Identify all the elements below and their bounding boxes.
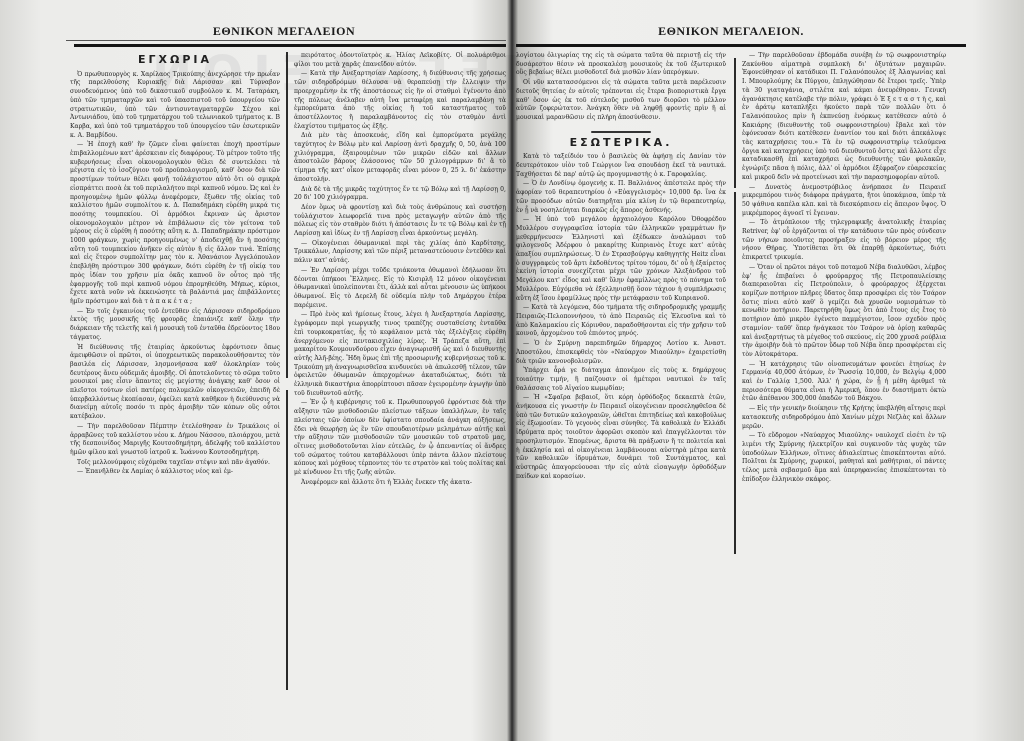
article-paragraph: — Ἡ κατάχρησις τῶν οἰνοπνευμάτων φονεύει… — [742, 361, 946, 405]
article-paragraph: Τοῖς μελλονύμφοις εὐχόμεθα ταχεῖαν στέψι… — [70, 459, 280, 468]
article-paragraph: — Ἐπανῆλθεν ἐκ Λαμίας ὁ κάλλιστος νέος κ… — [70, 468, 280, 477]
article-paragraph: λογίστου ὀλιγωρίας της εἰς τὰ σώματα ταῦ… — [516, 52, 726, 78]
column-rule — [286, 52, 288, 378]
left-column-1: ΕΓΧΩΡΙΑ Ὁ πρωθυπουργὸς κ. Χαρίλαος Τρικο… — [70, 52, 280, 478]
right-column-2: — Τὴν παρελθοῦσαν ἑβδομάδα συνέβη ἐν τῷ … — [742, 52, 946, 485]
article-paragraph: — Εἰς τὴν γενικὴν διοίκησιν τῆς Κρήτης ὑ… — [742, 405, 946, 431]
article-paragraph: — Τὴν παρελθοῦσαν Πέμπτην ἐτελέσθησαν ἐν… — [70, 423, 280, 458]
article-paragraph: — Ἡ ὑπὸ τοῦ μεγάλου ἀρχαιολόγου Καρόλου … — [516, 216, 726, 303]
article-paragraph: — Τὴν παρελθοῦσαν ἑβδομάδα συνέβη ἐν τῷ … — [742, 52, 946, 183]
article-paragraph: Οἱ νῦν κατατασσόμενοι εἰς τὰ σώματα ταῦτ… — [516, 79, 726, 123]
article-paragraph: — Ἐν Λαρίσσῃ μέχρι τοῦδε τριάκοντα ὀθωμα… — [294, 267, 506, 311]
running-head-right: ΕΘΝΙΚΟΝ ΜΕΓΑΛΕΙΟΝ. — [516, 24, 946, 39]
header-rule-thin — [66, 40, 506, 41]
running-head-left: ΕΘΝΙΚΟΝ ΜΕΓΑΛΕΙΟΝ — [62, 24, 506, 39]
article-paragraph: Ὁ πρωθυπουργὸς κ. Χαρίλαος Τρικούπης ἀνε… — [70, 71, 280, 141]
article-paragraph: — Τὸ εὔδρομον «Ναύαρχος Μιαούλης» ναυλοχ… — [742, 432, 946, 484]
article-paragraph: — Ὁ ἐν Σμύρνῃ παρεπιδημῶν δήμαρχος Λοτίο… — [516, 340, 726, 366]
article-paragraph: — Οἰκογένειαι ὀθωμανικαὶ περὶ τὰς χιλίας… — [294, 240, 506, 266]
article-paragraph: — Ἐν ᾧ ἡ κυβέρνησις τοῦ κ. Πρωθυπουργοῦ … — [294, 399, 506, 477]
article-paragraph: Διὰ μὲν τὰς ἀποσκευάς, εἴδη καὶ ἐμπορεύμ… — [294, 132, 506, 184]
column-rule — [734, 192, 736, 554]
article-paragraph: Διὰ δὲ τὰ τῆς μικρᾶς ταχύτητος ἔν τε τῷ … — [294, 186, 506, 203]
article-paragraph: Ἡ διεύθυνσις τῆς ἑταιρίας ἀρκούντως ἐφρό… — [70, 344, 280, 422]
right-column-1: λογίστου ὀλιγωρίας της εἰς τὰ σώματα ταῦ… — [516, 52, 726, 482]
article-paragraph: Δέον ὅμως νὰ φροντίσῃ καὶ διὰ τοὺς ἀνθρώ… — [294, 204, 506, 239]
article-paragraph: — Πρὸ ἑνὸς καὶ ἡμίσεως ἔτους, λέγει ἡ Ἀν… — [294, 311, 506, 398]
article-paragraph: — Ἐν τοῖς ἐγκαινίοις τοῦ ἐντεῦθεν εἰς Λά… — [70, 308, 280, 343]
right-page: ΕΘΝΙΚΟΝ ΜΕΓΑΛΕΙΟΝ. λογίστου ὀλιγωρίας τη… — [516, 0, 946, 741]
header-rule-thick — [516, 44, 966, 47]
article-paragraph: πειρότατος ὀδοντοϊατρὸς κ. Ἠλίας Λεϊκοβί… — [294, 52, 506, 69]
left-column-2: πειρότατος ὀδοντοϊατρὸς κ. Ἠλίας Λεϊκοβί… — [294, 52, 506, 488]
section-title-egchoria: ΕΓΧΩΡΙΑ — [70, 56, 280, 65]
article-paragraph: — Κατὰ τὴν Ἀνεξαρτησίαν Λαρίσσης, ἡ διεύ… — [294, 70, 506, 131]
article-paragraph: Ὑπάρχει ἆρά γε διάταγμα ἀπονέμον εἰς τοὺ… — [516, 367, 726, 393]
article-paragraph: — Τὸ ἀτμόπλοιον τῆς τηλεγραφικῆς ἀνατολι… — [742, 219, 946, 263]
section-divider — [591, 131, 651, 133]
article-paragraph: — Ὁ ἐν Λονδίνῳ ὁμογενὴς κ. Π. Βαλλιάνος … — [516, 180, 726, 215]
column-rule — [734, 58, 736, 188]
header-rule-thick — [74, 44, 506, 47]
article-paragraph: — Δυνατὸς ἀνεμοστρόβιλος ἀνήρπασε ἐν Πει… — [742, 184, 946, 219]
article-paragraph: — Ἡ ἐποχὴ καθ' ἣν ζῶμεν εἶναι φαίνεται ἐ… — [70, 141, 280, 306]
article-paragraph: — Ὅταν οἱ πρῶτοι πάγοι τοῦ ποταμοῦ Νέβα … — [742, 264, 946, 360]
article-paragraph: Ἀνεφέρομεν καὶ ἄλλοτε ὅτι ἡ Ἑλλὰς ἕνεκεν… — [294, 479, 506, 488]
article-paragraph: — Κατὰ τὰ λεγόμενα, δύο τμήματα τῆς σιδη… — [516, 304, 726, 339]
left-page: ΜΕΓΑΛΕΙΟΝ ΕΘΝΙΚΟΝ ΜΕΓΑΛΕΙΟΝ ΕΓΧΩΡΙΑ Ὁ πρ… — [62, 0, 506, 741]
section-title-esoterika: ΕΣΩΤΕΡΙΚΑ. — [516, 139, 726, 148]
article-paragraph: — Ἡ «Σφαῖρα βεβαιοῖ, ὅτι κόρη ὀρθόδοξος … — [516, 394, 726, 481]
article-paragraph: Κατὰ τὸ ταξείδιόν του ὁ βασιλεὺς θὰ ἀφήσ… — [516, 153, 726, 179]
column-rule — [286, 390, 288, 690]
